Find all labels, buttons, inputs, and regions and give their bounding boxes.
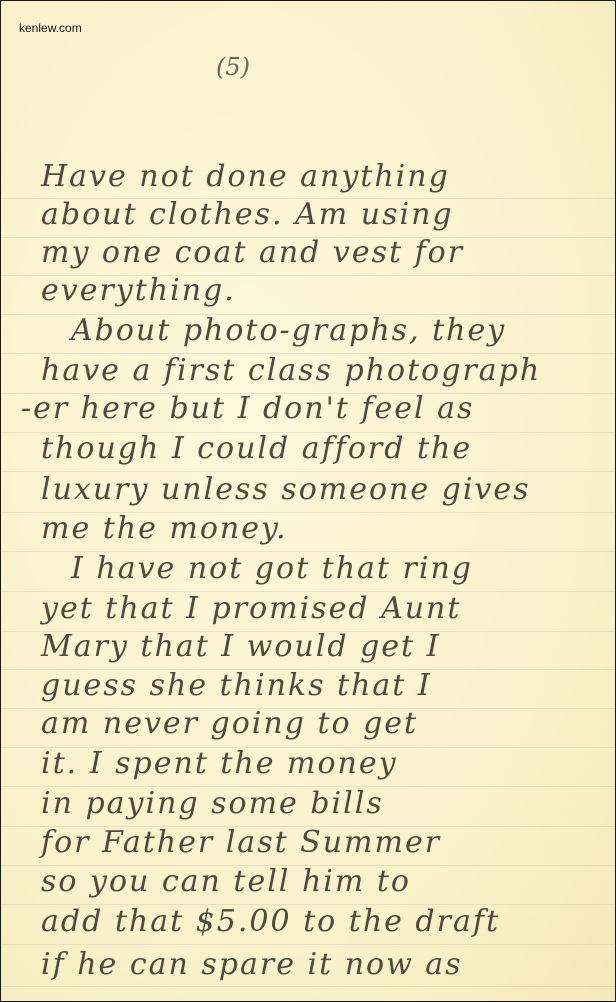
- letter-line: guess she thinks that I: [41, 668, 432, 703]
- letter-line: everything.: [41, 273, 236, 308]
- letter-line: for Father last Summer: [41, 825, 441, 860]
- letter-line: -er here but I don't feel as: [21, 391, 474, 426]
- letter-line: about clothes. Am using: [41, 197, 454, 232]
- letter-line: my one coat and vest for: [41, 235, 464, 270]
- letter-line: luxury unless someone gives: [41, 472, 531, 507]
- letter-line: if he can spare it now as: [41, 947, 463, 982]
- letter-line: me the money.: [41, 511, 288, 546]
- letter-line: About photo-graphs, they: [71, 313, 506, 348]
- ruled-line: [1, 944, 615, 945]
- letter-line: though I could afford the: [41, 431, 472, 466]
- ruled-line: [1, 986, 615, 987]
- letter-line: Have not done anything: [41, 159, 450, 194]
- letter-line: am never going to get: [41, 706, 418, 741]
- page-number: (5): [216, 53, 250, 81]
- letter-page: kenlew.com (5) Have not done anything ab…: [1, 1, 615, 1001]
- letter-line: have a first class photograph: [41, 353, 541, 388]
- letter-line: in paying some bills: [41, 786, 384, 821]
- letter-line: yet that I promised Aunt: [41, 591, 461, 626]
- letter-line: so you can tell him to: [41, 864, 411, 899]
- letter-line: add that $5.00 to the draft: [41, 904, 500, 939]
- letter-line: I have not got that ring: [71, 551, 473, 586]
- letter-line: it. I spent the money: [41, 746, 398, 781]
- letter-line: Mary that I would get I: [41, 629, 440, 664]
- watermark: kenlew.com: [19, 21, 82, 35]
